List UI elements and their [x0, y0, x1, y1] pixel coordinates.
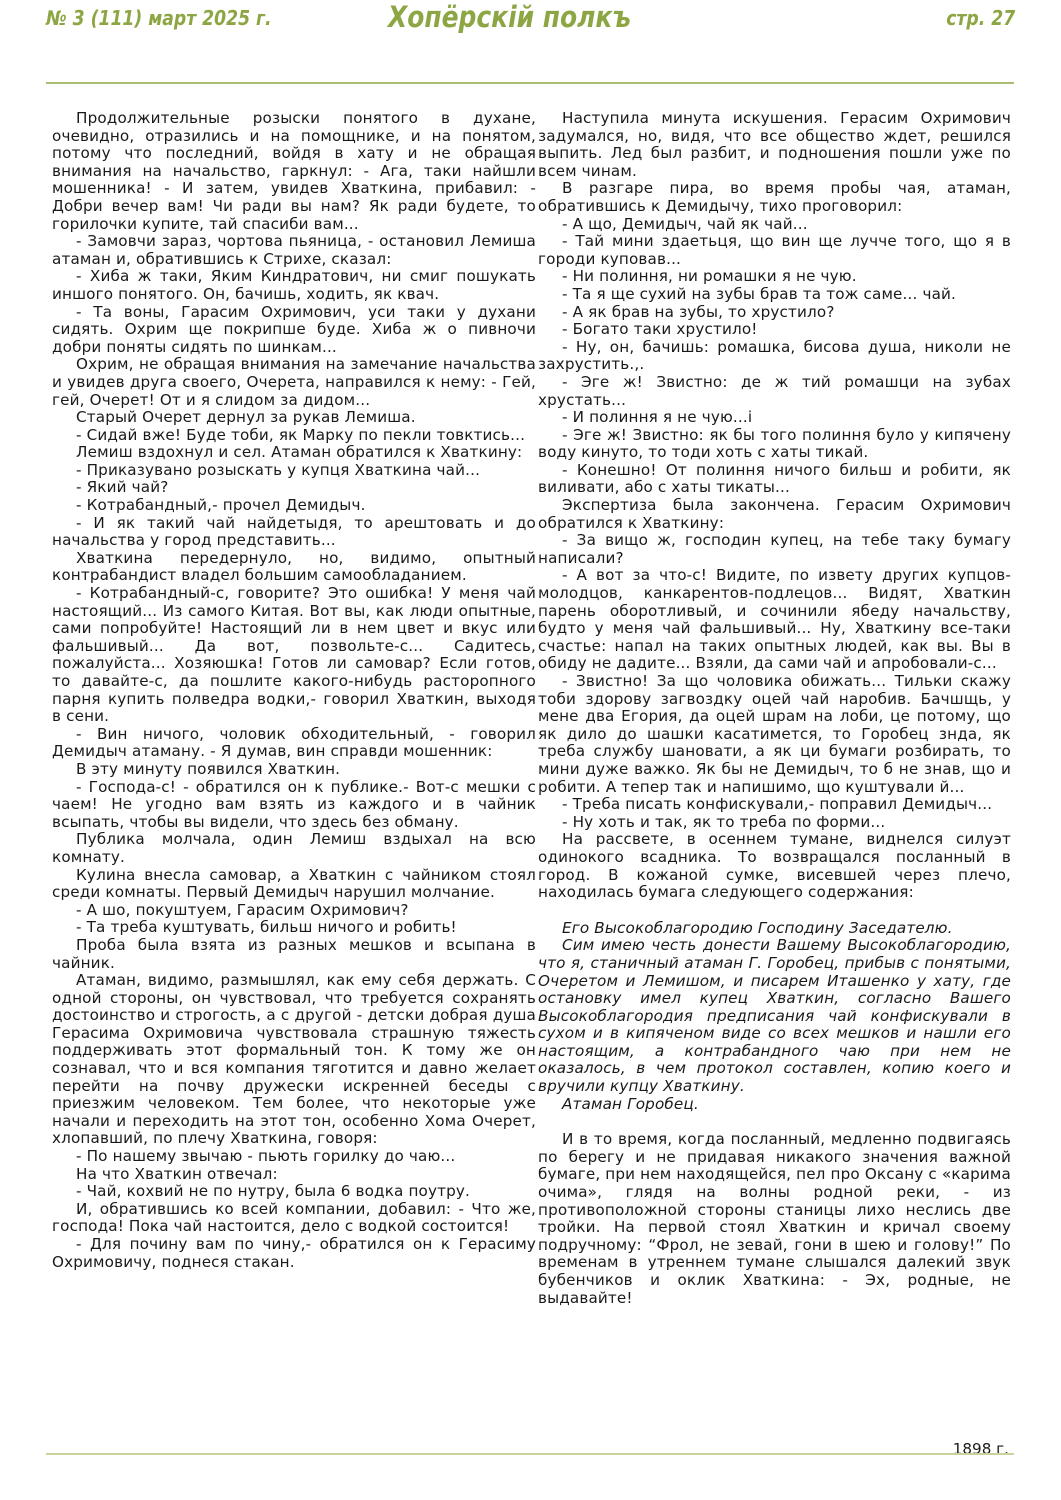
paragraph: На что Хваткин отвечал: — [52, 1166, 536, 1184]
paragraph: - Ни полиння, ни ромашки я не чую. — [538, 268, 1011, 286]
paragraph: В эту минуту появился Хваткин. — [52, 761, 536, 779]
letter-signature: Атаман Горобец. — [538, 1096, 1011, 1114]
paragraph: - Богато таки хрустило! — [538, 321, 1011, 339]
paragraph: - А що, Демидыч, чай як чай... — [538, 216, 1011, 234]
paragraph: - Котрабандный-с, говорите? Это ошибка! … — [52, 585, 536, 726]
paragraph: - Звистно! За що чоловика обижать... Тил… — [538, 673, 1011, 796]
paragraph: - Тай мини здаетьця, що вин ще лучче тог… — [538, 233, 1011, 268]
paragraph: Наступила минута искушения. Герасим Охри… — [538, 110, 1011, 180]
paragraph: - За вищо ж, господин купец, на тебе так… — [538, 532, 1011, 567]
paragraph: - Ну, он, бачишь: ромашка, бисова душа, … — [538, 339, 1011, 374]
letter-salutation: Его Высокоблагородию Господину Заседател… — [538, 920, 1011, 938]
footer-divider — [46, 1453, 1014, 1455]
paragraph: - Та я ще сухий на зубы брав та тож саме… — [538, 286, 1011, 304]
paragraph: Экспертиза была закончена. Герасим Охрим… — [538, 497, 1011, 532]
paragraph: - А як брав на зубы, то хрустило? — [538, 304, 1011, 322]
paragraph: - Хиба ж таки, Яким Киндратович, ни смиг… — [52, 268, 536, 303]
paragraph: - Та треба куштувать, бильш ничого и роб… — [52, 919, 536, 937]
paragraph: - Котрабандный,- прочел Демидыч. — [52, 497, 536, 515]
paragraph: - Ну хоть и так, як то треба по форми... — [538, 814, 1011, 832]
paragraph: - Приказувано розыскать у купця Хваткина… — [52, 462, 536, 480]
closing-paragraph: И в то время, когда посланный, медленно … — [538, 1131, 1011, 1307]
issue-number: № 3 (111) март 2025 г. — [46, 6, 272, 30]
paragraph: В разгаре пира, во время пробы чая, атам… — [538, 180, 1011, 215]
paragraph: - А вот за что-с! Видите, по извету друг… — [538, 567, 1011, 673]
spacer — [538, 1113, 1011, 1131]
page-header — [46, 48, 1014, 84]
paragraph: Продолжительные розыски понятого в духан… — [52, 110, 536, 233]
paragraph: Атаман, видимо, размышлял, как ему себя … — [52, 972, 536, 1148]
paragraph: - Чай, кохвий не по нутру, была 6 водка … — [52, 1183, 536, 1201]
paragraph: - Вин ничого, чоловик обходительный, - г… — [52, 726, 536, 761]
paragraph: - Эге ж! Звистно: як бы того полиння бул… — [538, 427, 1011, 462]
paragraph: Старый Очерет дернул за рукав Лемиша. — [52, 409, 536, 427]
paragraph: - Сидай вже! Буде тоби, як Марку по пекл… — [52, 427, 536, 445]
date-signature: 1898 г. — [953, 1440, 1009, 1458]
paragraph: - Конешно! От полиння ничого бильш и роб… — [538, 462, 1011, 497]
paragraph: - Та воны, Гарасим Охримович, уси таки у… — [52, 304, 536, 357]
paragraph: Охрим, не обращая внимания на замечание … — [52, 356, 536, 409]
paragraph: - Эге ж! Звистно: де ж тий ромашци на зу… — [538, 374, 1011, 409]
spacer — [538, 902, 1011, 920]
paragraph: Кулина внесла самовар, а Хваткин с чайни… — [52, 867, 536, 902]
paragraph: - И полиння я не чую...і — [538, 409, 1011, 427]
paragraph: - Треба писать конфискували,- поправил Д… — [538, 796, 1011, 814]
paragraph: - По нашему звычаю - пьють горилку до ча… — [52, 1148, 536, 1166]
paragraph: Публика молчала, один Лемиш вздыхал на в… — [52, 831, 536, 866]
paragraph: - Господа-с! - обратился он к публике.- … — [52, 779, 536, 832]
left-column: Продолжительные розыски понятого в духан… — [52, 110, 536, 1271]
right-column: Наступила минута искушения. Герасим Охри… — [538, 110, 1011, 1307]
paragraph: - Замовчи зараз, чортова пьяница, - оста… — [52, 233, 536, 268]
paragraph: И, обратившись ко всей компании, добавил… — [52, 1201, 536, 1236]
paragraph: - Для почину вам по чину,- обратился он … — [52, 1236, 536, 1271]
paragraph: Лемиш вздохнул и сел. Атаман обратился к… — [52, 444, 536, 462]
paragraph: - А шо, покуштуем, Гарасим Охримович? — [52, 902, 536, 920]
paragraph: - И як такий чай найдетыдя, то арештоват… — [52, 515, 536, 550]
letter-body: Сим имею честь донести Вашему Высокоблаг… — [538, 937, 1011, 1095]
paragraph: Проба была взята из разных мешков и всып… — [52, 937, 536, 972]
paragraph: На рассвете, в осеннем тумане, виднелся … — [538, 831, 1011, 901]
paragraph: Хваткина передернуло, но, видимо, опытны… — [52, 550, 536, 585]
paragraph: - Який чай? — [52, 479, 536, 497]
publication-title: Хопёрскій полкъ — [388, 0, 631, 34]
page-number: стр. 27 — [946, 6, 1015, 30]
